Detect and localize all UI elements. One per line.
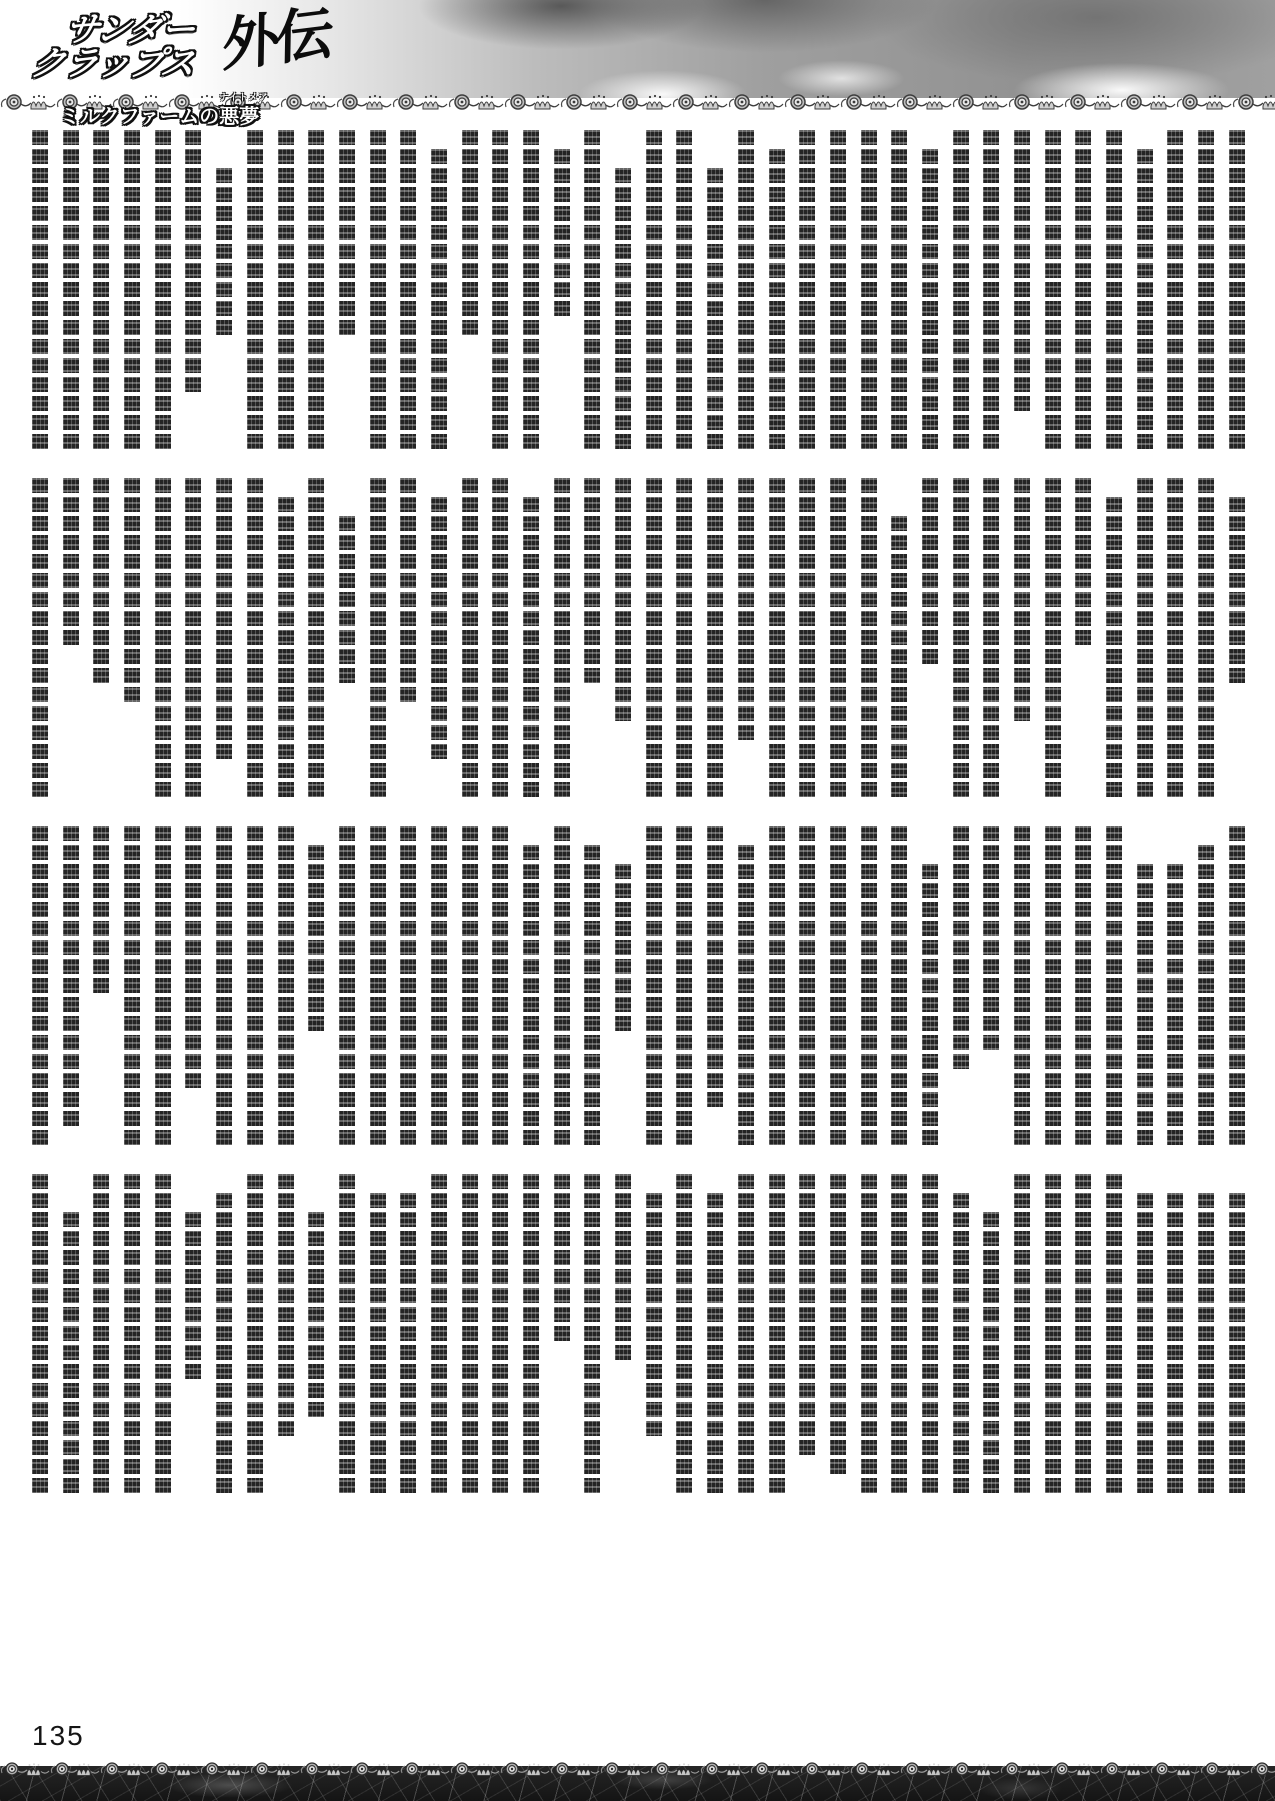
redacted-text-column <box>216 1193 232 1493</box>
redacted-text-column <box>922 478 938 664</box>
redacted-text-column <box>676 1174 692 1493</box>
redacted-text-column <box>431 149 447 449</box>
redacted-text-column <box>492 826 508 1145</box>
redacted-text-column <box>646 826 662 1145</box>
redacted-text-column <box>676 130 692 449</box>
redacted-text-column <box>953 130 969 449</box>
logo-subtitle: ミルクファームのナイトメア悪夢 <box>60 100 259 129</box>
redacted-text-column <box>216 478 232 759</box>
redacted-text-column <box>830 1174 846 1474</box>
redacted-text-column <box>646 478 662 797</box>
redacted-text-column <box>615 1174 631 1360</box>
redacted-text-column <box>830 478 846 797</box>
redacted-text-column <box>93 1174 109 1493</box>
redacted-text-column <box>400 1193 416 1493</box>
redacted-text-column <box>891 516 907 797</box>
redacted-text-column <box>1075 826 1091 1145</box>
redacted-text-column <box>124 478 140 702</box>
redacted-text-column <box>1075 1174 1091 1493</box>
redacted-text-column <box>278 497 294 797</box>
redacted-text-column <box>308 845 324 1031</box>
text-band-3 <box>32 826 1245 1158</box>
redacted-text-column <box>1106 826 1122 1145</box>
redacted-text-column <box>554 826 570 1145</box>
redacted-text-column <box>93 826 109 993</box>
redacted-text-column <box>861 130 877 449</box>
text-band-2 <box>32 478 1245 810</box>
redacted-text-column <box>861 826 877 1145</box>
redacted-text-column <box>370 826 386 1145</box>
redacted-text-column <box>308 130 324 449</box>
redacted-text-column <box>462 130 478 335</box>
redacted-text-column <box>769 1174 785 1493</box>
redacted-text-column <box>523 1174 539 1493</box>
redacted-text-column <box>922 149 938 449</box>
redacted-text-column <box>216 168 232 335</box>
redacted-text-column <box>953 826 969 1069</box>
redacted-text-column <box>646 130 662 449</box>
redacted-text-column <box>462 478 478 797</box>
page-number: 135 <box>32 1720 85 1752</box>
redacted-text-column <box>431 1174 447 1493</box>
redacted-text-column <box>1198 1193 1214 1493</box>
redacted-text-column <box>1229 826 1245 1145</box>
redacted-text-column <box>799 1174 815 1455</box>
redacted-text-column <box>1198 130 1214 449</box>
text-band-1 <box>32 130 1245 462</box>
scroll-ornament-border-bottom <box>0 1761 1275 1777</box>
redacted-text-column <box>431 497 447 759</box>
redacted-text-column <box>922 864 938 1145</box>
redacted-text-column <box>185 826 201 1088</box>
redacted-text-column <box>1137 149 1153 449</box>
redacted-text-column <box>1198 478 1214 797</box>
redacted-text-column <box>1045 478 1061 797</box>
redacted-text-column <box>185 130 201 392</box>
redacted-text-column <box>1167 1193 1183 1493</box>
redacted-text-column <box>1106 130 1122 449</box>
redacted-text-column <box>431 826 447 1145</box>
redacted-text-column <box>861 1174 877 1493</box>
redacted-text-column <box>1014 826 1030 1145</box>
redacted-text-column <box>124 826 140 1145</box>
redacted-text-column <box>1075 130 1091 449</box>
redacted-text-column <box>615 864 631 1031</box>
redacted-text-column <box>891 1174 907 1493</box>
redacted-text-column <box>1229 1193 1245 1493</box>
redacted-text-column <box>32 130 48 449</box>
redacted-text-column <box>32 826 48 1145</box>
redacted-text-column <box>1014 130 1030 411</box>
redacted-text-column <box>308 478 324 797</box>
redacted-text-column <box>676 826 692 1145</box>
redacted-text-column <box>1198 845 1214 1145</box>
redacted-text-column <box>155 826 171 1145</box>
redacted-text-column <box>370 130 386 449</box>
redacted-text-column <box>93 478 109 683</box>
redacted-text-column <box>769 826 785 1145</box>
redacted-text-column <box>247 826 263 1145</box>
redacted-text-column <box>1229 130 1245 449</box>
redacted-text-column <box>155 1174 171 1493</box>
series-logo: サンダー クラップス 外伝 ミルクファームのナイトメア悪夢 <box>26 14 336 132</box>
redacted-text-column <box>615 478 631 721</box>
redacted-text-column <box>1075 478 1091 645</box>
redacted-text-column <box>738 1174 754 1493</box>
redacted-text-column <box>63 130 79 449</box>
redacted-text-column <box>308 1212 324 1417</box>
redacted-text-column <box>707 168 723 449</box>
redacted-text-column <box>615 168 631 449</box>
redacted-text-column <box>124 1174 140 1493</box>
redacted-text-column <box>769 478 785 797</box>
redacted-text-column <box>554 1174 570 1341</box>
logo-subtitle-ruby: ナイトメア <box>219 90 259 103</box>
redacted-text-column <box>63 1212 79 1493</box>
redacted-text-column <box>1014 1174 1030 1493</box>
redacted-text-column <box>1045 1174 1061 1493</box>
redacted-text-column <box>63 826 79 1126</box>
redacted-text-column <box>584 1174 600 1493</box>
redacted-text-column <box>278 1174 294 1436</box>
redacted-text-column <box>707 1193 723 1493</box>
redacted-text-column <box>1137 1193 1153 1493</box>
redacted-text-column <box>278 826 294 1145</box>
redacted-text-column <box>400 130 416 449</box>
redacted-text-column <box>339 1174 355 1493</box>
redacted-text-column <box>707 826 723 1107</box>
redacted-text-column <box>462 826 478 1145</box>
redacted-text-column <box>769 149 785 449</box>
redacted-text-column <box>185 1212 201 1379</box>
redacted-text-column <box>1167 130 1183 449</box>
redacted-text-column <box>983 826 999 1050</box>
redacted-text-column <box>278 130 294 449</box>
redacted-text-column <box>1014 478 1030 721</box>
redacted-text-column <box>32 478 48 797</box>
redacted-text-column <box>370 1193 386 1493</box>
redacted-text-column <box>523 130 539 449</box>
redacted-text-column <box>247 478 263 797</box>
redacted-text-column <box>93 130 109 449</box>
redacted-text-column <box>523 497 539 797</box>
redacted-text-column <box>738 845 754 1145</box>
redacted-text-column <box>554 149 570 316</box>
redacted-text-column <box>400 478 416 702</box>
redacted-text-column <box>953 478 969 797</box>
redacted-text-column <box>63 478 79 645</box>
redacted-text-column <box>861 478 877 797</box>
redacted-text-column <box>799 826 815 1145</box>
redacted-text-column <box>1106 497 1122 797</box>
logo-subtitle-head: ミルクファームの <box>60 106 219 128</box>
redacted-text-column <box>462 1174 478 1493</box>
redacted-text-column <box>707 478 723 797</box>
redacted-text-column <box>1229 497 1245 683</box>
redacted-text-column <box>124 130 140 449</box>
redacted-text-column <box>738 478 754 740</box>
redacted-text-column <box>339 826 355 1145</box>
redacted-text-column <box>1167 478 1183 797</box>
logo-gaiden-mark: 外伝 <box>222 5 330 74</box>
redacted-text-column <box>738 130 754 449</box>
redacted-text-column <box>339 130 355 335</box>
redacted-text-column <box>1137 478 1153 797</box>
redacted-text-column <box>400 826 416 1145</box>
scroll-pattern-icon <box>0 1761 1275 1777</box>
redacted-text-column <box>216 826 232 1145</box>
text-band-4 <box>32 1174 1245 1506</box>
redacted-text-column <box>584 130 600 449</box>
redacted-text-column <box>1167 864 1183 1145</box>
redacted-text-column <box>830 130 846 449</box>
redacted-text-column <box>523 845 539 1145</box>
redacted-text-column <box>155 130 171 449</box>
redacted-text-column <box>676 478 692 797</box>
redacted-text-column <box>554 478 570 797</box>
redacted-text-column <box>891 130 907 449</box>
redacted-text-column <box>830 826 846 1145</box>
redacted-text-column <box>983 130 999 449</box>
redacted-text-column <box>247 1174 263 1493</box>
redacted-text-column <box>492 478 508 797</box>
scanned-book-page: サンダー クラップス 外伝 ミルクファームのナイトメア悪夢 135 <box>0 0 1275 1801</box>
redacted-text-column <box>983 1212 999 1493</box>
redacted-text-column <box>1045 130 1061 449</box>
redacted-text-column <box>155 478 171 797</box>
redacted-text-column <box>891 826 907 1145</box>
redacted-text-column <box>370 478 386 797</box>
redacted-text-column <box>584 478 600 683</box>
redacted-text-column <box>646 1193 662 1436</box>
redacted-text-column <box>492 1174 508 1493</box>
redacted-text-column <box>799 130 815 449</box>
redacted-text-column <box>492 130 508 449</box>
redacted-text-column <box>922 1174 938 1493</box>
redacted-text-column <box>1045 826 1061 1145</box>
redacted-text-column <box>584 845 600 1145</box>
redacted-text-column <box>247 130 263 449</box>
redacted-text-column <box>32 1174 48 1493</box>
redacted-text-column <box>953 1193 969 1493</box>
logo-subtitle-tail: 悪夢 <box>219 106 259 128</box>
redacted-text-column <box>339 516 355 683</box>
redacted-text-column <box>1137 864 1153 1145</box>
redacted-text-column <box>1106 1174 1122 1493</box>
redacted-text-column <box>799 478 815 797</box>
redacted-text-column <box>185 478 201 797</box>
redacted-text-column <box>983 478 999 797</box>
